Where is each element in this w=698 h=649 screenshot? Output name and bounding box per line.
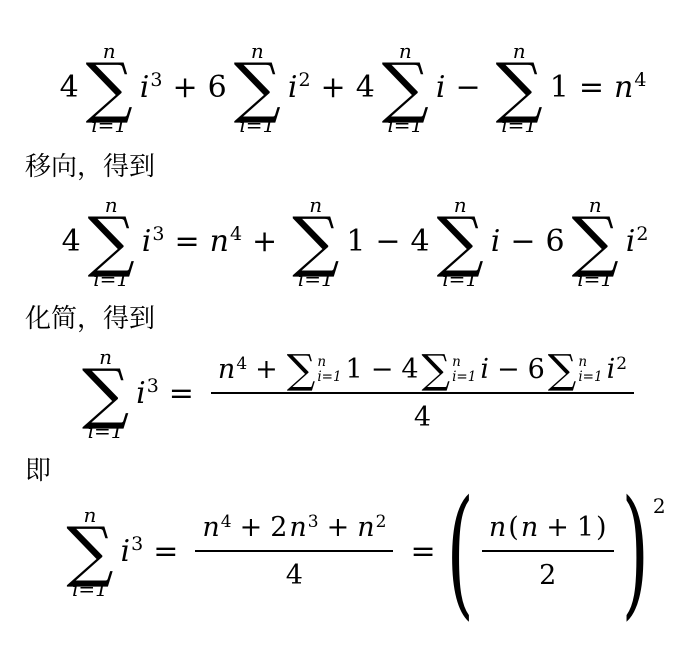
variable-i: i [288,70,298,105]
formula-isolated: n∑i=1 i3 = n4 + ∑ni=1 1 − 4 ∑ni=1 i − 6 … [10,346,698,442]
sum-lower-limit: i=1 [298,268,334,290]
variable-i: i [607,354,616,385]
exponent-4: 4 [236,354,247,374]
term-i-squared: i2 [626,220,649,264]
sum-lower-limit: i=1 [239,114,275,136]
sigma-icon: ∑ [86,62,133,114]
fraction: n4 + ∑ni=1 1 − 4 ∑ni=1 i − 6 ∑ni=1 i2 4 [211,350,634,438]
exponent-3: 3 [150,69,162,91]
sigma-icon: ∑ [548,353,577,387]
plus-operator: + [240,508,263,548]
equals-sign: = [174,220,199,264]
term-i-squared: i2 [607,350,627,390]
sum-lower-limit: i=1 [577,268,613,290]
variable-i: i [436,66,446,110]
sum-upper-limit: n [578,355,602,370]
summation-symbol: n∑i=1 [382,40,429,136]
text-move-terms: 移向，得到 [25,150,698,184]
sum-lower-limit: i=1 [317,370,341,385]
minus-operator: − [456,66,481,110]
summation-symbol: n∑i=1 [66,504,113,600]
term-n-fourth: n4 [218,350,247,390]
sigma-icon: ∑ [382,62,429,114]
squared-parenthetical: ( n ( n + 1 ) 2 ) 2 [447,508,666,596]
exponent-4: 4 [230,223,242,245]
term-i-squared: i2 [288,66,311,110]
coefficient-2: 2 [270,508,287,548]
fraction-bar [195,550,393,552]
minus-operator: − [371,350,394,390]
fraction: n ( n + 1 ) 2 [482,508,614,596]
sigma-icon: ∑ [66,526,113,578]
summation-symbol: n∑i=1 [292,194,339,290]
coefficient-4: 4 [60,66,79,110]
sum-limits: ni=1 [452,355,476,385]
inline-summation: ∑ni=1 [287,353,342,387]
variable-i: i [136,376,146,411]
equals-sign: = [169,372,194,416]
variable-i: i [142,224,152,259]
term-n-squared: n2 [357,508,386,548]
fraction-bar [482,550,614,552]
sigma-icon: ∑ [437,216,484,268]
denominator: 4 [407,398,438,438]
exponent-3: 3 [308,512,319,532]
sigma-icon: ∑ [88,216,135,268]
variable-n: n [614,70,633,105]
summation-symbol: n∑i=1 [496,40,543,136]
term-i-cubed: i3 [142,220,165,264]
variable-n: n [357,512,374,543]
term-n-fourth: n4 [614,66,646,110]
coefficient-4: 4 [411,220,430,264]
exponent-3: 3 [131,533,143,555]
coefficient-6: 6 [546,220,565,264]
summation-symbol: n∑i=1 [437,194,484,290]
equals-sign: = [579,66,604,110]
term-i-cubed: i3 [136,372,159,416]
sum-lower-limit: i=1 [578,370,602,385]
variable-n: n [489,508,506,548]
sigma-icon: ∑ [234,62,281,114]
formula-result: n∑i=1 i3 = n4 + 2 n3 + n2 4 = ( n ( [14,504,698,600]
sum-lower-limit: i=1 [442,268,478,290]
exponent-4: 4 [221,512,232,532]
summation-symbol: n∑i=1 [572,194,619,290]
summation-symbol: n∑i=1 [234,40,281,136]
plus-operator: + [321,66,346,110]
numerator: n4 + ∑ni=1 1 − 4 ∑ni=1 i − 6 ∑ni=1 i2 [211,350,634,390]
minus-operator: − [510,220,535,264]
fraction: n4 + 2 n3 + n2 4 [195,508,393,596]
coefficient-6: 6 [208,66,227,110]
plus-operator: + [252,220,277,264]
sum-lower-limit: i=1 [452,370,476,385]
numerator: n ( n + 1 ) [482,508,614,548]
sum-upper-limit: n [452,355,476,370]
variable-i: i [140,70,150,105]
term-n-cubed: n3 [289,508,318,548]
constant-1: 1 [346,350,363,390]
coefficient-4: 4 [401,350,418,390]
numerator: n4 + 2 n3 + n2 [195,508,393,548]
sigma-icon: ∑ [292,216,339,268]
minus-operator: − [497,350,520,390]
fraction-bar [211,392,634,394]
coefficient-6: 6 [528,350,545,390]
constant-1: 1 [346,220,365,264]
sum-lower-limit: i=1 [88,420,124,442]
term-n-fourth: n4 [210,220,242,264]
constant-1: 1 [550,66,569,110]
variable-n: n [210,224,229,259]
sum-limits: ni=1 [578,355,602,385]
sigma-icon: ∑ [496,62,543,114]
variable-i: i [480,350,489,390]
exponent-2: 2 [298,69,310,91]
sum-upper-limit: n [317,355,341,370]
plus-operator: + [546,508,569,548]
summation-symbol: n∑i=1 [88,194,135,290]
denominator-2: 2 [539,556,556,596]
exponent-2: 2 [376,512,387,532]
sigma-icon: ∑ [572,216,619,268]
outer-exponent-2: 2 [653,494,666,518]
variable-i: i [626,224,636,259]
close-paren: ) [596,508,607,548]
sum-lower-limit: i=1 [387,114,423,136]
summation-symbol: n∑i=1 [82,346,129,442]
coefficient-4: 4 [356,66,375,110]
math-document-page: 4 n∑i=1 i3 + 6 n∑i=1 i2 + 4 n∑i=1 i − n∑… [0,0,698,649]
exponent-4: 4 [634,69,646,91]
plus-operator: + [327,508,350,548]
plus-operator: + [172,66,197,110]
variable-n: n [521,508,538,548]
left-paren: ( [447,482,474,622]
equals-sign: = [410,530,435,574]
plus-operator: + [255,350,278,390]
exponent-3: 3 [147,375,159,397]
right-paren: ) [622,482,649,622]
sum-lower-limit: i=1 [72,578,108,600]
text-simplify: 化简，得到 [25,302,698,336]
sigma-icon: ∑ [82,368,129,420]
summation-symbol: n∑i=1 [86,40,133,136]
sigma-icon: ∑ [287,353,316,387]
variable-i: i [491,220,501,264]
denominator-4: 4 [414,398,431,438]
formula-expanded: 4 n∑i=1 i3 + 6 n∑i=1 i2 + 4 n∑i=1 i − n∑… [4,40,698,136]
minus-operator: − [375,220,400,264]
denominator-4: 4 [286,556,303,596]
variable-i: i [121,534,131,569]
sigma-icon: ∑ [422,353,451,387]
inline-summation: ∑ni=1 [422,353,477,387]
exponent-2: 2 [636,223,648,245]
sum-lower-limit: i=1 [91,114,127,136]
sum-lower-limit: i=1 [501,114,537,136]
open-paren: ( [508,508,519,548]
denominator: 2 [532,556,563,596]
exponent-2: 2 [616,354,627,374]
term-i-cubed: i3 [121,530,144,574]
text-that-is: 即 [25,454,698,488]
denominator: 4 [279,556,310,596]
sum-limits: ni=1 [317,355,341,385]
variable-n: n [202,512,219,543]
inline-summation: ∑ni=1 [548,353,603,387]
variable-n: n [218,354,235,385]
variable-n: n [289,512,306,543]
constant-1: 1 [577,508,594,548]
sum-lower-limit: i=1 [93,268,129,290]
term-n-fourth: n4 [202,508,231,548]
coefficient-4: 4 [62,220,81,264]
exponent-3: 3 [152,223,164,245]
formula-rearranged: 4 n∑i=1 i3 = n4 + n∑i=1 1 − 4 n∑i=1 i − … [6,194,698,290]
term-i-cubed: i3 [140,66,163,110]
equals-sign: = [153,530,178,574]
